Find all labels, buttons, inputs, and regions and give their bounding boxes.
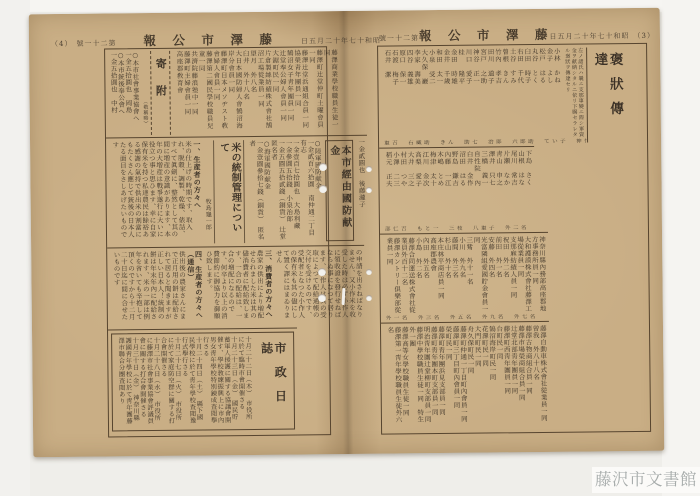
- city-diary-title: 市政日誌: [255, 336, 291, 426]
- scanned-gazette-photo: （4） 號一十二第 報 公 市 澤 藤 日五月二十年七十和昭 藤澤商業學校職員生…: [0, 0, 700, 496]
- masthead-right: 報 公 市 澤 藤: [419, 25, 550, 44]
- kifu-note: （敬稱略）: [141, 51, 147, 135]
- defense-donation-list: ○陸軍國防献金 一金貳百六拾圓 南仲通二丁目有志 一金壹百七拾圓也 大島利藏 一…: [248, 139, 322, 243]
- commendation-names-2: 下島 さく 山根 はな 尾川 常吉 片瀬 なか 靑山 申之 澤井 只七 三橋 義…: [384, 150, 532, 231]
- punch-hole: [366, 295, 372, 301]
- right-date-group: 日五月二十年七十和昭 （3）: [549, 31, 655, 42]
- punch-hole: [366, 187, 372, 193]
- city-diary-entries: 十月二十二日（木） 市役所に於て臨時市會開催さる 十月二十三日（金） 國民貯蓄軍…: [117, 336, 252, 427]
- commendation-names-1: 小林 かね 金子 よし 松戸 はる 丸谷 とく 臼田 時子 右田 千代 土谷 す…: [383, 48, 561, 145]
- punch-hole: [318, 294, 326, 302]
- left-page-frame: 藤澤商業學校職員生徒一同 藤澤町辻堂仲町土曜會員一同 藤澤辻堂浜通組合員一同 協…: [104, 46, 331, 437]
- punch-hole: [366, 166, 372, 172]
- commendation-band: 褒狀傳達 左ノ諸氏ハ曩ニ支那事變ニ際シ軍資金ヲ献納シタルニ依リ下賜セラレタル褒狀…: [378, 44, 629, 148]
- rice-article-subhead-1: 一、生産者の方々へ: [193, 141, 202, 244]
- rice-article-title: 米の統制管理について: [213, 140, 244, 243]
- rice-article-body-1: 米の仕上げの時期です、取入れ、脱穀、調製、乾燥、俵詰、すべて眞劍に、整然として其…: [111, 141, 192, 245]
- paper-sheet: （4） 號一十二第 報 公 市 澤 藤 日五月二十年七十和昭 藤澤商業學校職員生…: [29, 8, 665, 458]
- commendation-groups-band-1: 神奈川縣內務部高座郡地方事務所員一同 大和護謨株式會社藤澤工場從業員一同 支那麻…: [380, 232, 549, 323]
- commendation-groups-1: 神奈川縣內務部高座郡地方事務所員一同 大和護謨株式會社藤澤工場從業員一同 支那麻…: [385, 236, 546, 320]
- background-strip-left: [0, 0, 30, 496]
- kifu-section-title: 寄附: [150, 51, 171, 135]
- right-page-number: （3）: [633, 31, 655, 41]
- punch-hole: [319, 163, 327, 171]
- commendation-intro: 左ノ諸氏ハ曩ニ支那事變ニ際シ軍資金ヲ献納シタルニ依リ下賜セラレタル褒狀ヲ傳達セリ: [564, 48, 584, 143]
- left-page-number: （4）: [51, 39, 73, 49]
- left-page-date: 日五月二十年七十和昭: [301, 36, 381, 47]
- punch-hole: [319, 185, 327, 193]
- commendation-groups-2: 藤澤自動車株式會社從業員一同 曾我 外八十八名 藤澤古物商組合員一同 藤澤市場榮…: [386, 325, 547, 429]
- rice-article-author: 牧島龜一郞: [203, 140, 211, 243]
- rice-article-band: の申請を出さねばなりません、又小作米を收受した時は必ず小作人に領收證を發行せねば…: [107, 245, 365, 330]
- background-strip-right: [662, 0, 700, 496]
- right-page-frame: 褒狀傳達 左ノ諸氏ハ曩ニ支那事變ニ際シ軍資金ヲ献納シタルニ依リ下賜セラレタル褒狀…: [377, 43, 651, 435]
- left-issue-number: 號一十二第: [76, 38, 116, 48]
- kifu-donations: ○本市社會事業協會へ 一金五拾圓也 岡島 ○本市銃後奉公會へ 一金五拾圓也 中村: [109, 51, 139, 135]
- commendation-names-band-2: 下島 さく 山根 はな 尾川 常吉 片瀬 なか 靑山 申之 澤井 只七 三橋 義…: [379, 146, 535, 234]
- donor-list-band: 藤澤商業學校職員生徒一同 藤澤町辻堂仲町土曜會員一同 藤澤辻堂浜通組合員一同 協…: [105, 47, 340, 137]
- defense-donation-title: 本市經由國防献金: [325, 140, 354, 241]
- donor-names: 藤澤商業學校職員生徒一同 藤澤町辻堂仲町土曜會員一同 藤澤辻堂浜通組合員一同 協…: [175, 49, 338, 135]
- rice-article-body-cont: の申請を出さねばなりません、又小作米を收受した時は必ず小作人に領收證を發行せねば…: [274, 249, 362, 325]
- archive-watermark: 藤沢市文書館: [592, 467, 700, 493]
- defense-donation-band: 一金貳圓也 後藤瀧子 本市經由國防献金 ○陸軍國防献金 一金貳百六拾圓 南仲通二…: [106, 135, 368, 248]
- commendation-groups-band-2: 藤澤自動車株式會社從業員一同 曾我 外八十八名 藤澤古物商組合員一同 藤澤市場榮…: [381, 321, 550, 432]
- right-page-date: 日五月二十年七十和昭: [549, 31, 629, 42]
- commendation-names-1-footer: 重吉 石藏助 きん 助七 治郞 六郞助 てい子 神代: [384, 138, 587, 146]
- rice-article-body-4: 供出後の農家さんにまで正月用の餅は配給されて居ると聞きますが正しい日本人！統制の…: [112, 251, 185, 327]
- right-issue-number: 號一十二第: [379, 33, 419, 43]
- city-diary-box: 市政日誌 十月二十二日（木） 市役所に於て臨時市會開催さる 十月二十三日（金） …: [111, 332, 295, 432]
- rice-article-subhead-4: 四、生産者の方々へ（通信）: [187, 251, 203, 326]
- punch-hole: [318, 268, 326, 276]
- left-issue-group: （4） 號一十二第: [51, 38, 117, 49]
- right-page-header: 號一十二第 報 公 市 澤 藤 日五月二十年七十和昭 （3）: [379, 24, 651, 45]
- commendation-title: 褒狀傳達: [586, 47, 626, 142]
- rice-article-body-3: 農家の供出により増配せられました米は其の儘消費者に配給致します、一合の配給は、一…: [204, 250, 263, 326]
- rice-article-subhead-3: 三、消費者の方々へ: [265, 250, 274, 325]
- punch-hole: [366, 269, 372, 275]
- city-diary-band: 市政日誌 十月二十二日（木） 市役所に於て臨時市會開催さる 十月二十三日（金） …: [108, 328, 298, 435]
- donation-lead: 一金貳圓也 後藤瀧子: [357, 139, 365, 242]
